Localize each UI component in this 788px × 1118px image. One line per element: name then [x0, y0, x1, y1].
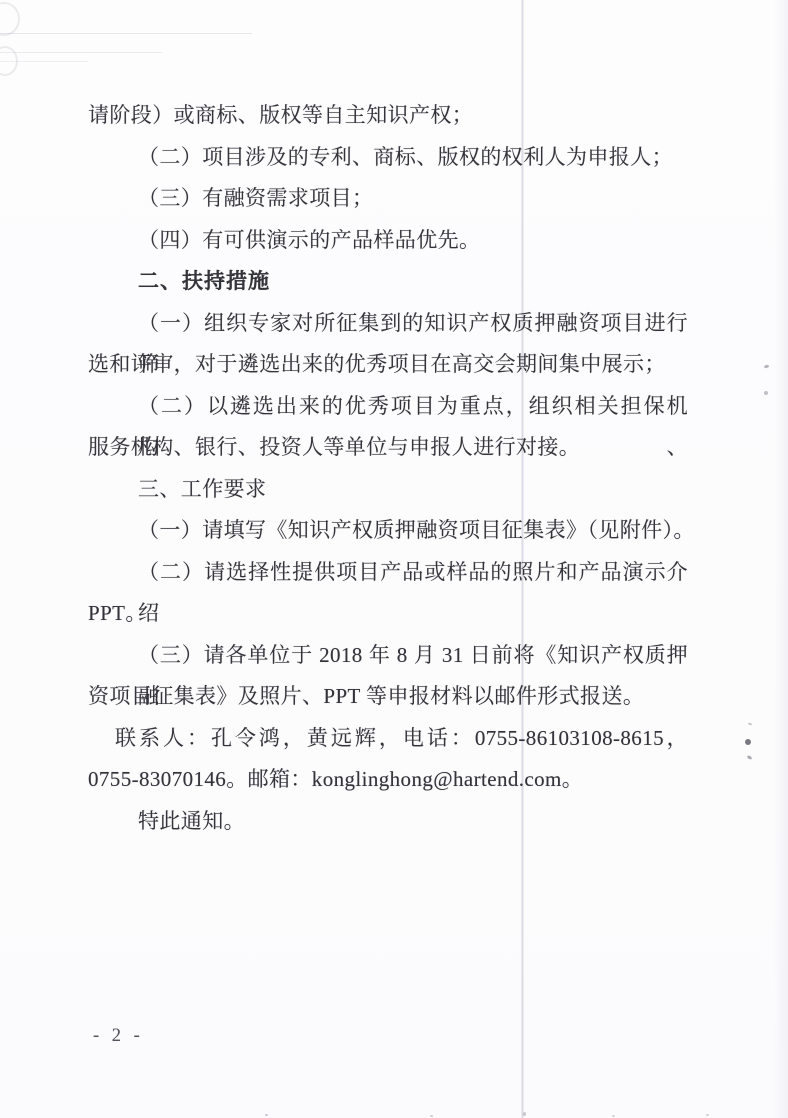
section-heading-support-measures: 二、扶持措施	[88, 261, 688, 303]
ink-speck	[764, 391, 768, 395]
section-heading-work-requirements: 三、工作要求	[88, 469, 688, 511]
body-line-continuation: 请阶段）或商标、版权等自主知识产权；	[88, 95, 688, 137]
list-item-2-criteria: （二）项目涉及的专利、商标、版权的权利人为申报人；	[88, 137, 688, 179]
ink-speck	[523, 1112, 526, 1116]
requirement-2-line-2: PPT。	[88, 593, 688, 635]
scan-streak	[0, 33, 252, 34]
document-body: 请阶段）或商标、版权等自主知识产权； （二）项目涉及的专利、商标、版权的权利人为…	[88, 95, 688, 842]
requirement-3-line-1: （三）请各单位于 2018 年 8 月 31 日前将《知识产权质押融	[88, 635, 688, 677]
contact-info-line-2: 0755-83070146。邮箱：konglinghong@hartend.co…	[88, 759, 688, 801]
ink-speck	[747, 755, 753, 760]
scan-mark	[0, 46, 18, 76]
right-edge-shade	[774, 0, 788, 1118]
ink-speck	[764, 364, 770, 368]
scan-streak	[0, 52, 162, 53]
requirement-1: （一）请填写《知识产权质押融资项目征集表》（见附件）。	[88, 510, 688, 552]
list-item-3-criteria: （三）有融资需求项目；	[88, 178, 688, 220]
ink-speck	[430, 1115, 433, 1117]
contact-info-line-1: 联系人：孔令鸿，黄远辉，电话：0755-86103108-8615，	[88, 718, 688, 760]
requirement-2-line-1: （二）请选择性提供项目产品或样品的照片和产品演示介绍	[88, 552, 688, 594]
ink-speck	[748, 722, 752, 725]
paragraph-measure-1-line-2: 选和评审，对于遴选出来的优秀项目在高交会期间集中展示；	[88, 344, 688, 386]
paragraph-measure-1-line-1: （一）组织专家对所征集到的知识产权质押融资项目进行筛	[88, 303, 688, 345]
scanned-document-page: 请阶段）或商标、版权等自主知识产权； （二）项目涉及的专利、商标、版权的权利人为…	[0, 0, 788, 1118]
list-item-4-criteria: （四）有可供演示的产品样品优先。	[88, 220, 688, 262]
scan-mark	[0, 2, 20, 36]
page-number: - 2 -	[93, 1026, 144, 1047]
paragraph-measure-2-line-1: （二）以遴选出来的优秀项目为重点，组织相关担保机构、	[88, 386, 688, 428]
ink-speck	[612, 1115, 615, 1117]
closing-notice-line: 特此通知。	[88, 801, 688, 843]
ink-speck	[706, 1114, 709, 1116]
ink-speck	[745, 739, 751, 745]
requirement-3-line-2: 资项目征集表》及照片、PPT 等申报材料以邮件形式报送。	[88, 676, 688, 718]
ink-speck	[265, 1114, 268, 1116]
